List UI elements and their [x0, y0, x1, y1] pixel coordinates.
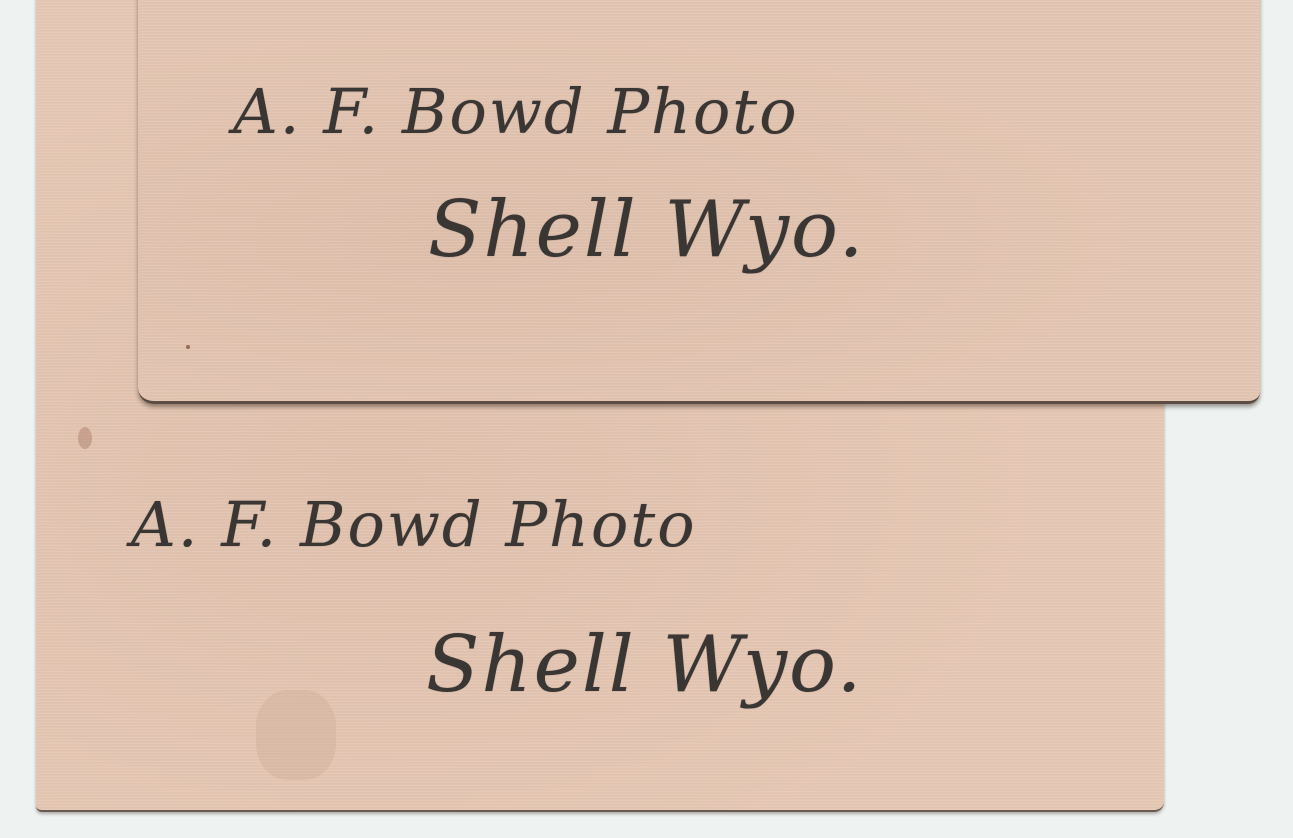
top-card-location: Shell Wyo.	[428, 185, 865, 275]
speck	[186, 345, 190, 349]
stain-spot	[78, 427, 92, 449]
water-stain	[256, 690, 336, 780]
bottom-card-location: Shell Wyo.	[426, 620, 863, 710]
top-card: A. F. Bowd Photo Shell Wyo.	[138, 0, 1260, 404]
bottom-card-studio-name: A. F. Bowd Photo	[131, 488, 697, 561]
top-card-studio-name: A. F. Bowd Photo	[233, 75, 799, 148]
